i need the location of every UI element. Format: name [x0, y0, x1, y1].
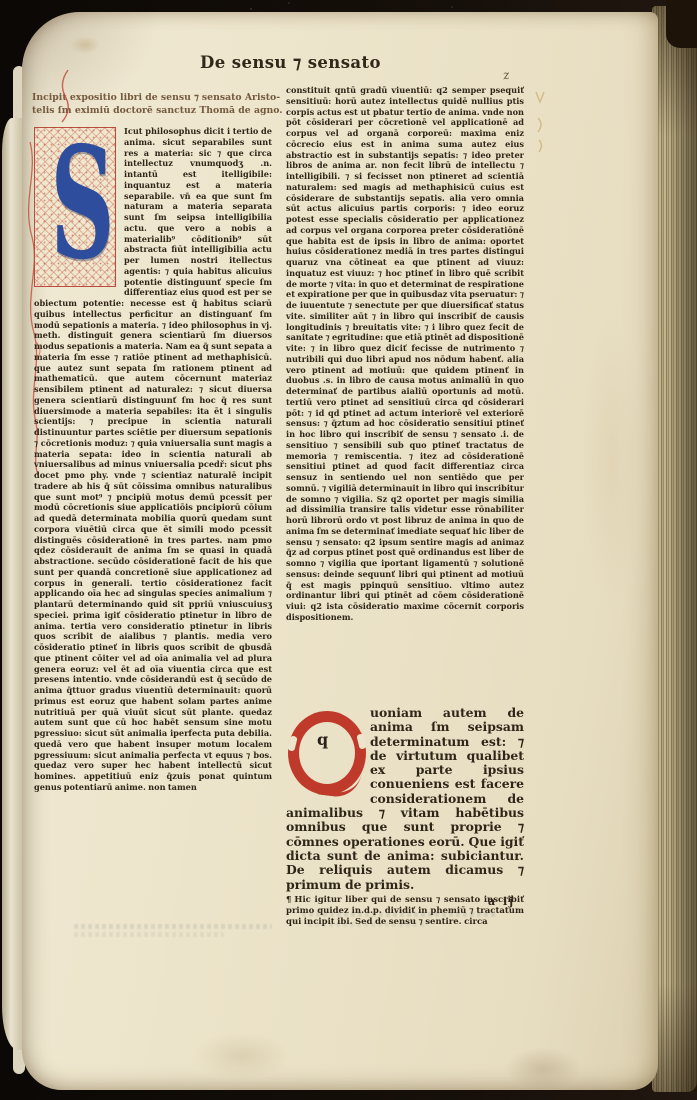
- show-through-text: [308, 922, 428, 927]
- photo-background: De sensu ⁊ sensato z Incipit expositio l…: [0, 0, 697, 1100]
- show-through-text: [74, 932, 224, 937]
- incipit-rubric: Incipit expositio libri de sensu ⁊ sensa…: [32, 92, 286, 117]
- illuminated-initial-q: q: [286, 709, 364, 797]
- page-edge-stack-left: [2, 118, 22, 1050]
- stain: [70, 36, 100, 54]
- incipit-line-2: telis ſm eximiū doctorē sanctuz Thomā de…: [32, 105, 286, 118]
- signature-mark: a ij: [488, 895, 515, 908]
- dust-specks: [250, 8, 252, 10]
- stain: [192, 1032, 292, 1080]
- stain: [504, 1047, 582, 1091]
- illuminated-initial-s: S: [34, 127, 116, 287]
- running-title: De sensu ⁊ sensato: [200, 53, 390, 72]
- book-page: De sensu ⁊ sensato z Incipit expositio l…: [22, 12, 658, 1090]
- marginalia-marks: [530, 88, 550, 158]
- right-column-text: constituit qntū gradū viuentiū: q2 sempe…: [286, 85, 524, 706]
- initial-letter-s: S: [50, 127, 99, 282]
- q-paragraph: q uoniam autem de anima ſm seipsam deter…: [286, 706, 524, 892]
- fore-edge-right: [652, 6, 697, 1092]
- incipit-line-1: Incipit expositio libri de sensu ⁊ sensa…: [32, 92, 286, 105]
- foliation-mark: z: [502, 68, 510, 83]
- initial-q-tail: [317, 769, 362, 800]
- guide-letter-q: q: [317, 733, 328, 747]
- pilcrow-mark: ¶: [286, 895, 291, 905]
- right-text-column: constituit qntū gradū viuentiū: q2 sempe…: [286, 85, 524, 928]
- binding-top-right: [666, 0, 697, 48]
- show-through-text: [302, 912, 498, 917]
- show-through-text: [74, 924, 272, 929]
- left-text-column: SIcut philosophus dicit i tertio de anim…: [34, 126, 272, 918]
- stain: [582, 312, 642, 612]
